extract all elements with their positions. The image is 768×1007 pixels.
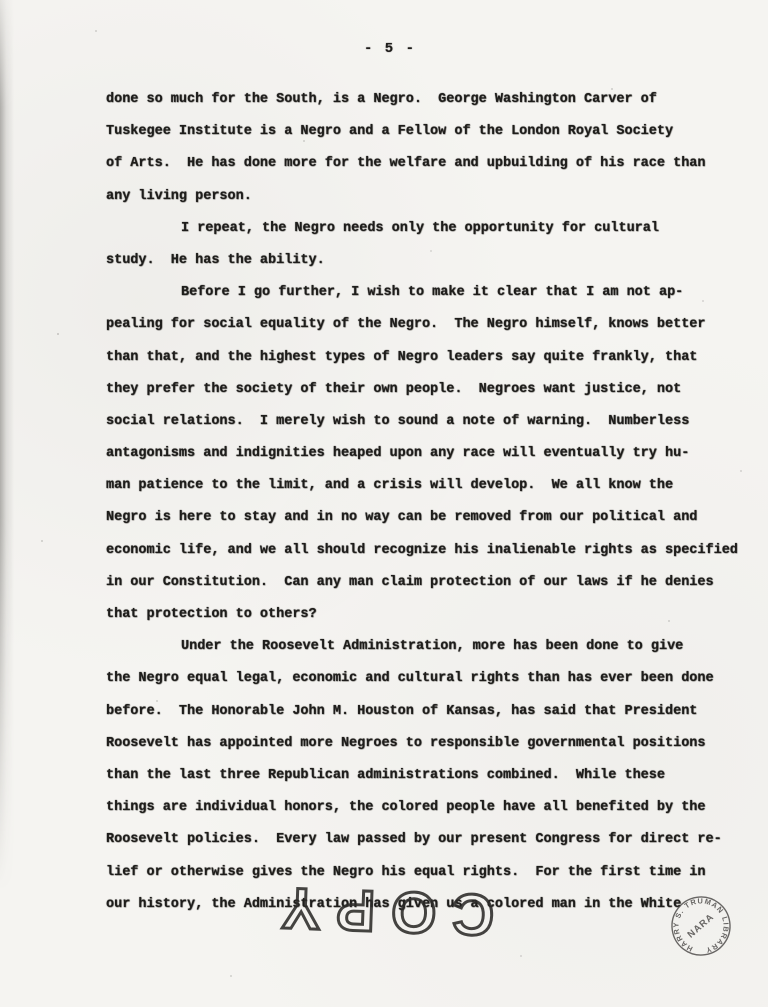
text-line: before. The Honorable John M. Houston of… xyxy=(106,696,754,728)
scanned-document-page: - 5 - done so much for the South, is a N… xyxy=(0,0,768,1007)
text-line: Roosevelt policies. Every law passed by … xyxy=(106,824,754,856)
copy-stamp-graphic: COPY xyxy=(258,870,503,952)
text-line: the Negro equal legal, economic and cult… xyxy=(106,663,754,695)
text-line: Under the Roosevelt Administration, more… xyxy=(106,631,754,663)
document-body: done so much for the South, is a Negro. … xyxy=(106,84,754,921)
truman-library-stamp: HARRY S. TRUMAN LIBRARY NARA xyxy=(660,885,742,967)
text-line: that protection to others? xyxy=(106,599,754,631)
text-line: than that, and the highest types of Negr… xyxy=(106,342,754,374)
text-line: social relations. I merely wish to sound… xyxy=(106,406,754,438)
scan-edge-shadow xyxy=(0,0,14,890)
text-line: of Arts. He has done more for the welfar… xyxy=(106,148,754,180)
page-number: - 5 - xyxy=(0,41,768,57)
text-line: man patience to the limit, and a crisis … xyxy=(106,470,754,502)
text-line: Negro is here to stay and in no way can … xyxy=(106,502,754,534)
text-line: done so much for the South, is a Negro. … xyxy=(106,84,754,116)
text-line: Roosevelt has appointed more Negroes to … xyxy=(106,728,754,760)
text-line: things are individual honors, the colore… xyxy=(106,792,754,824)
text-line: Before I go further, I wish to make it c… xyxy=(106,277,754,309)
text-line: than the last three Republican administr… xyxy=(106,760,754,792)
text-line: antagonisms and indignities heaped upon … xyxy=(106,438,754,470)
copy-stamp-text: COPY xyxy=(265,875,496,948)
text-line: pealing for social equality of the Negro… xyxy=(106,309,754,341)
text-line: they prefer the society of their own peo… xyxy=(106,374,754,406)
copy-stamp: COPY xyxy=(258,870,503,952)
text-line: any living person. xyxy=(106,181,754,213)
truman-library-stamp-graphic: HARRY S. TRUMAN LIBRARY NARA xyxy=(660,885,742,967)
stamp-center-text: NARA xyxy=(686,912,717,941)
text-line: study. He has the ability. xyxy=(106,245,754,277)
text-line: economic life, and we all should recogni… xyxy=(106,535,754,567)
text-line: in our Constitution. Can any man claim p… xyxy=(106,567,754,599)
text-line: I repeat, the Negro needs only the oppor… xyxy=(106,213,754,245)
paper-speckles xyxy=(0,0,2,2)
text-line: Tuskegee Institute is a Negro and a Fell… xyxy=(106,116,754,148)
